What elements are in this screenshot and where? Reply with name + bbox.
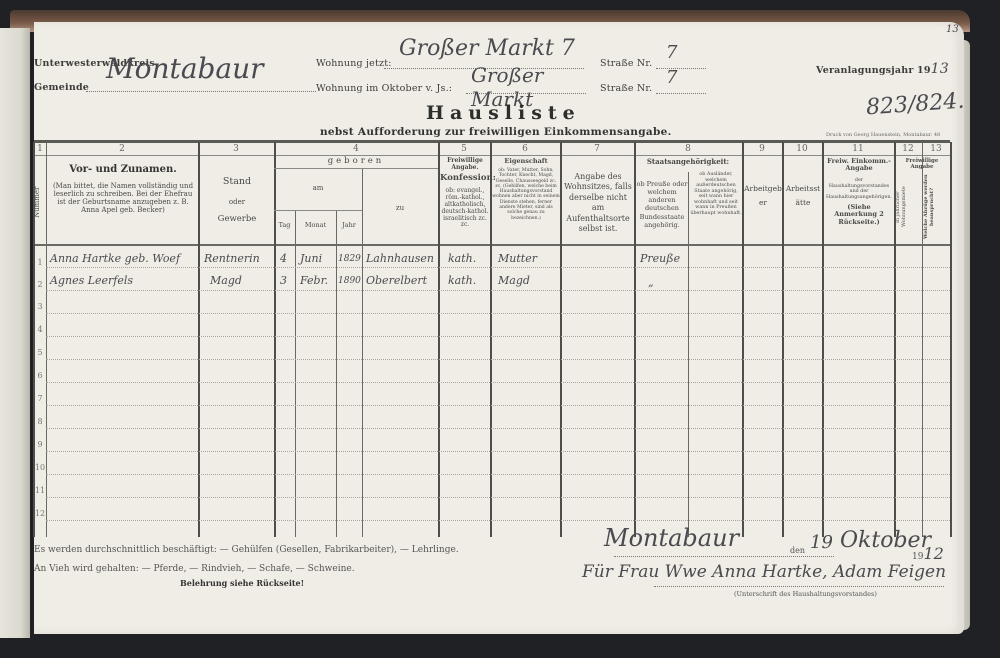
row-number: 3: [34, 302, 46, 311]
row-separator: [46, 405, 950, 406]
colnum-2: 2: [46, 144, 198, 154]
row-separator: [46, 267, 950, 268]
header-eigenschaft-title: Eigenschaft: [492, 158, 560, 165]
street-no-value-1: 7: [666, 42, 677, 63]
document-subtitle: nebst Aufforderung zur freiwilligen Eink…: [320, 126, 672, 138]
row-separator: [46, 336, 950, 337]
date-year-prefix: 19: [912, 552, 923, 562]
street-no-value-2: 7: [666, 67, 677, 88]
cell-konfession: kath.: [448, 274, 476, 287]
header-jahr: Jahr: [336, 222, 362, 229]
signature-label: (Unterschrift des Haushaltungsvorstandes…: [734, 590, 877, 598]
colnum-7: 7: [560, 144, 634, 154]
date-year-value: 12: [923, 544, 943, 563]
row-number: 10: [34, 463, 46, 472]
colnum-12: 12: [894, 144, 922, 154]
row-separator: [46, 428, 950, 429]
livestock-line: An Vieh wird gehalten: — Pferde, — Rindv…: [34, 564, 355, 574]
header-am: am: [274, 184, 362, 192]
cell-stand: Magd: [210, 274, 242, 287]
colnum-8: 8: [634, 144, 742, 154]
header-arbeitgeber: Arbeitgeber: [744, 182, 782, 209]
header-zu: zu: [362, 204, 438, 212]
date-year: 1912: [912, 544, 944, 563]
header-number: Nummer: [33, 172, 46, 232]
employees-line: Es werden durchschnittlich beschäftigt: …: [34, 545, 459, 555]
street-no-label-2: Straße Nr.: [600, 83, 652, 94]
col-line: [950, 142, 952, 537]
header-geboren: geboren: [274, 157, 438, 167]
assessment-year-prefix: Veranlagungsjahr 19: [816, 65, 931, 76]
municipality-label: Gemeinde: [34, 82, 89, 93]
cell-staatsangehoerigkeit: „: [648, 276, 654, 289]
residence-now-label: Wohnung jetzt:: [316, 58, 392, 69]
header-konfession-sub: Konfession:: [440, 174, 490, 184]
left-page-edge: [0, 28, 30, 638]
row-number: 1: [34, 258, 46, 267]
header-monat: Monat: [295, 222, 336, 229]
header-stand-3: Gewerbe: [200, 215, 274, 225]
cell-eigenschaft: Magd: [498, 274, 530, 287]
assessment-year-value: 13: [931, 61, 949, 77]
row-number: 9: [34, 440, 46, 449]
reference-number: 823/824.: [865, 89, 965, 121]
cell-tag: 4: [280, 252, 287, 265]
header-wohnsitz: Angabe des Wohnsitzes, falls derselbe ni…: [562, 172, 634, 234]
colnum-13: 13: [922, 144, 950, 154]
colnum-divider: [34, 155, 950, 156]
colnum-6: 6: [490, 144, 560, 154]
cell-jahr: 1829: [338, 254, 361, 264]
header-staatsangehoerigkeit: Staatsangehörigkeit:: [634, 158, 742, 166]
col-line: [46, 142, 47, 537]
cell-staatsangehoerigkeit: Preuße: [640, 252, 680, 265]
residence-october-field: Großer Markt: [466, 77, 586, 94]
residence-now-value: Großer Markt 7: [399, 36, 575, 61]
row-number: 5: [34, 348, 46, 357]
row-separator: [46, 313, 950, 314]
header-freiwillige-angabe: Freiwillige Angabe: [894, 158, 950, 171]
cell-konfession: kath.: [448, 252, 476, 265]
row-separator: [46, 520, 950, 521]
cell-name: Agnes Leerfels: [50, 274, 133, 287]
municipality-field: Montabaur: [86, 74, 316, 92]
municipality-value: Montabaur: [106, 52, 264, 85]
col-line: [274, 142, 276, 537]
cell-stand: Rentnerin: [204, 252, 260, 265]
signature-line: [654, 584, 944, 587]
row-number: 2: [34, 280, 46, 289]
header-stand-1: Stand: [200, 177, 274, 188]
street-no-field-1: 7: [656, 52, 706, 69]
printer-note: Druck von Georg Hauenstein, Montabaur. 4…: [826, 132, 940, 138]
col-line: [822, 142, 824, 537]
cell-eigenschaft: Mutter: [498, 252, 537, 265]
header-stand-2: oder: [200, 198, 274, 206]
header-miete: In jährlicher Wohnungsmiete: [896, 174, 920, 240]
cell-tag: 3: [280, 274, 287, 287]
header-preusse: ob Preuße oder welchem anderen deutschen…: [636, 180, 688, 229]
header-bottom-rule: [34, 244, 950, 246]
col-line: [336, 210, 337, 537]
street-no-field-2: 7: [656, 77, 706, 94]
assessment-year-label: Veranlagungsjahr 1913: [816, 61, 949, 77]
cell-monat: Febr.: [300, 274, 328, 287]
cell-birthplace: Lahnhausen: [366, 252, 434, 265]
colnum-11: 11: [822, 144, 894, 154]
row-number: 12: [34, 509, 46, 518]
table-top-rule: [34, 140, 950, 143]
place-value: Montabaur: [604, 524, 739, 552]
header-tag: Tag: [274, 222, 295, 229]
header-auslaender: ob Ausländer, welchem außerdeutschen Sta…: [690, 172, 742, 216]
document-title: Hausliste: [426, 102, 581, 124]
row-separator: [46, 382, 950, 383]
instruction-note: Belehrung siehe Rückseite!: [180, 578, 304, 588]
header-abzuege: Welche Abzüge werden beansprucht?: [924, 174, 948, 240]
col-line: [688, 172, 689, 537]
colnum-5: 5: [438, 144, 490, 154]
page-corner-number: 13: [946, 24, 959, 35]
header-konfession-title: Freiwillige Angabe.: [440, 158, 490, 172]
row-number: 4: [34, 325, 46, 334]
row-separator: [46, 359, 950, 360]
cell-monat: Juni: [300, 252, 322, 265]
row-separator: [46, 451, 950, 452]
row-number: 8: [34, 417, 46, 426]
header-names-title: Vor- und Zunamen.: [48, 164, 198, 176]
header-einkommen-title: Freiw. Einkomm.-Angabe: [824, 158, 894, 173]
header-konfession-note: ob: evangel., röm.-kathol., altkatholisc…: [440, 188, 490, 229]
cell-jahr: 1890: [338, 276, 361, 286]
date-prefix: den: [790, 546, 805, 555]
colnum-10: 10: [782, 144, 822, 154]
col-line: [295, 210, 296, 537]
colnum-3: 3: [198, 144, 274, 154]
household-list-page: Unterwesterwaldkreis. Gemeinde Montabaur…: [34, 22, 964, 634]
geboren-divider: [274, 168, 438, 169]
col-line: [362, 168, 363, 537]
colnum-4: 4: [274, 144, 438, 154]
cell-birthplace: Oberelbert: [366, 274, 427, 287]
header-arbeitsstaette: Arbeitsstätte: [784, 182, 822, 209]
header-names-note: (Man bittet, die Namen vollständig und l…: [50, 182, 196, 214]
colnum-9: 9: [742, 144, 782, 154]
residence-october-label: Wohnung im Oktober v. Js.:: [316, 83, 452, 94]
cell-name: Anna Hartke geb. Woef: [50, 252, 180, 265]
row-separator: [46, 497, 950, 498]
header-einkommen-ref: (Siehe Anmerkung 2 Rückseite.): [826, 204, 892, 226]
colnum-1: 1: [34, 144, 46, 154]
row-separator: [46, 474, 950, 475]
row-number: 7: [34, 394, 46, 403]
header-einkommen-note: der Haushaltungsvorstandes und der Haush…: [826, 178, 892, 200]
signature: Für Frau Wwe Anna Hartke, Adam Feigen: [582, 562, 946, 582]
am-divider: [274, 210, 362, 211]
row-separator: [46, 290, 950, 291]
street-no-label-1: Straße Nr.: [600, 58, 652, 69]
row-number: 6: [34, 371, 46, 380]
header-eigenschaft-note: ob: Vater, Mutter, Sohn, Tochter, Knecht…: [492, 168, 560, 221]
date-day: 19: [810, 532, 833, 553]
row-number: 11: [34, 486, 46, 495]
